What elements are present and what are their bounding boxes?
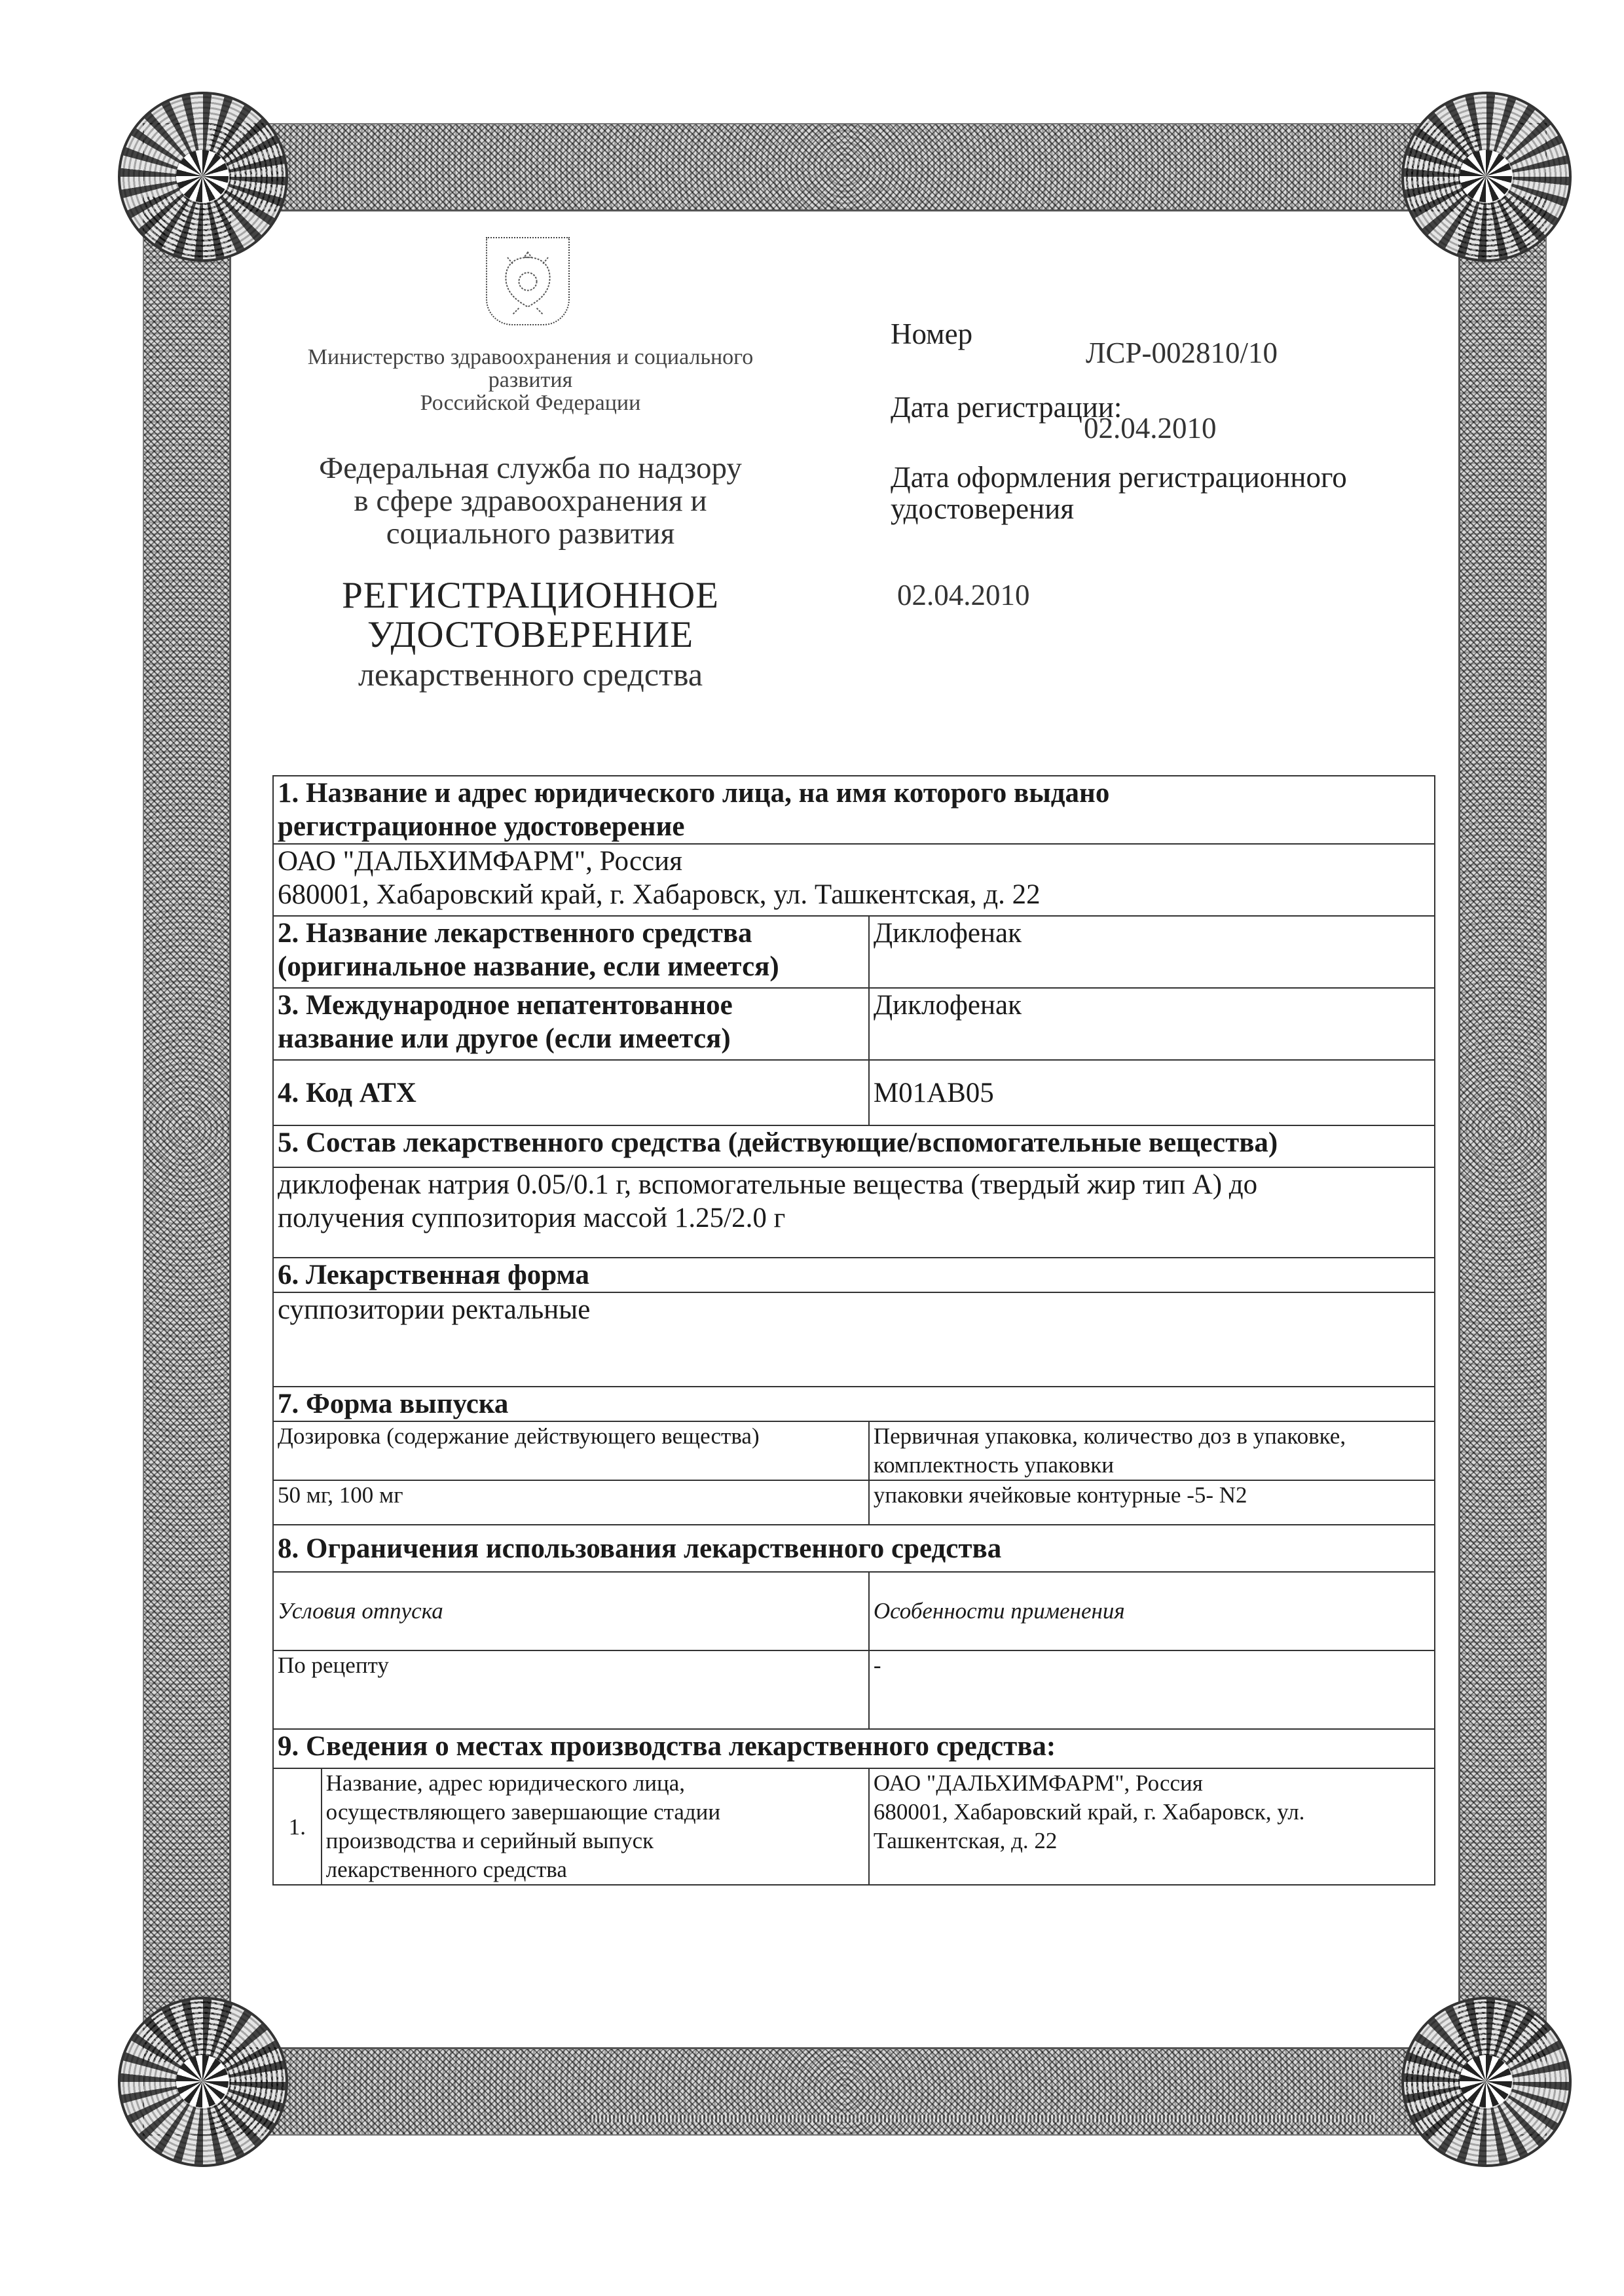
holder-address: 680001, Хабаровский край, г. Хабаровск, … [278,878,1430,911]
service-line: Федеральная служба по надзору [249,452,812,484]
manufacturer-value-line: 680001, Хабаровский край, г. Хабаровск, … [874,1798,1430,1827]
section-title: (оригинальное название, если имеется) [278,950,864,983]
section-7-values: 50 мг, 100 мг упаковки ячейковые контурн… [273,1480,1435,1525]
service-line: социального развития [249,517,812,550]
frame-band-top [210,124,1480,210]
section-title: 6. Лекарственная форма [273,1258,1435,1292]
dosage-value: 50 мг, 100 мг [273,1480,869,1525]
corner-rosette-icon [118,1997,288,2167]
section-4: 4. Код АТХ M01AB05 [273,1060,1435,1125]
section-8-col-headers: Условия отпуска Особенности применения [273,1572,1435,1650]
section-title: 1. Название и адрес юридического лица, н… [278,776,1430,810]
usage-notes-header: Особенности применения [869,1572,1435,1650]
number-label: Номер [891,318,972,350]
section-3: 3. Международное непатентованное названи… [273,988,1435,1060]
manufacturer-label-line: лекарственного средства [326,1855,864,1884]
section-9-header: 9. Сведения о местах производства лекарс… [273,1729,1435,1768]
section-5-header: 5. Состав лекарственного средства (дейст… [273,1125,1435,1167]
section-title: 4. Код АТХ [273,1060,869,1125]
dispensing-header: Условия отпуска [273,1572,869,1650]
holder-name: ОАО "ДАЛЬХИМФАРМ", Россия [278,845,1430,878]
russian-coat-of-arms-icon [486,237,570,325]
ministry-line: Министерство здравоохранения и социально… [249,346,812,369]
section-title: 3. Международное непатентованное [278,989,864,1022]
issue-date-label: Дата оформления регистрационного удостов… [891,462,1347,524]
section-1-header: 1. Название и адрес юридического лица, н… [273,776,1435,844]
dosage-form-value: суппозитории ректальные [273,1292,1435,1387]
manufacturer-value-line: Ташкентская, д. 22 [874,1827,1430,1855]
section-title: регистрационное удостоверение [278,810,1430,843]
section-title: 2. Название лекарственного средства [278,917,864,950]
manufacturer-value-line: ОАО "ДАЛЬХИМФАРМ", Россия [874,1769,1430,1798]
frame-band-right [1460,196,1545,2062]
issue-date-label-line: удостоверения [891,493,1347,524]
section-6-value: суппозитории ректальные [273,1292,1435,1387]
composition-line: получения суппозитория массой 1.25/2.0 г [278,1201,1430,1235]
issue-date-value: 02.04.2010 [897,579,1030,611]
service-line: в сфере здравоохранения и [249,484,812,517]
certificate-title: РЕГИСТРАЦИОННОЕ УДОСТОВЕРЕНИЕ [249,576,812,655]
section-9-row: 1. Название, адрес юридического лица, ос… [273,1768,1435,1885]
ministry-line: развития [249,369,812,392]
packaging-value: упаковки ячейковые контурные -5- N2 [869,1480,1435,1525]
packaging-header: Первичная упаковка, количество доз в упа… [874,1422,1430,1451]
manufacturer-label-line: осуществляющего завершающие стадии [326,1798,864,1827]
inn-value: Диклофенак [869,988,1435,1060]
corner-rosette-icon [118,92,288,262]
manufacturer-label-line: производства и серийный выпуск [326,1827,864,1855]
drug-name-value: Диклофенак [869,916,1435,988]
title-line: РЕГИСТРАЦИОННОЕ [249,576,812,615]
atc-code-value: M01AB05 [869,1060,1435,1125]
ministry-name: Министерство здравоохранения и социально… [249,346,812,414]
issue-date-label-line: Дата оформления регистрационного [891,462,1347,493]
number-value: ЛСР-002810/10 [1086,337,1278,369]
corner-rosette-icon [1401,92,1572,262]
dosage-header: Дозировка (содержание действующего вещес… [273,1421,869,1480]
corner-rosette-icon [1401,1997,1572,2167]
packaging-header: комплектность упаковки [874,1451,1430,1480]
section-title: 9. Сведения о местах производства лекарс… [273,1729,1435,1768]
section-5-value: диклофенак натрия 0.05/0.1 г, вспомогате… [273,1167,1435,1258]
registration-date-value: 02.04.2010 [1084,412,1217,444]
usage-notes-value: - [869,1650,1435,1729]
section-6-header: 6. Лекарственная форма [273,1258,1435,1292]
certificate-subtitle: лекарственного средства [249,657,812,692]
section-8-header: 8. Ограничения использования лекарственн… [273,1525,1435,1572]
row-number: 1. [273,1768,322,1885]
federal-service-name: Федеральная служба по надзору в сфере зд… [249,452,812,550]
microprint-strip [589,2115,1375,2123]
section-1-value: ОАО "ДАЛЬХИМФАРМ", Россия 680001, Хабаро… [273,844,1435,916]
section-8-values: По рецепту - [273,1650,1435,1729]
frame-band-left [144,196,229,2062]
ministry-line: Российской Федерации [249,392,812,414]
section-7-header: 7. Форма выпуска [273,1387,1435,1421]
section-7-col-headers: Дозировка (содержание действующего вещес… [273,1421,1435,1480]
section-title: 8. Ограничения использования лекарственн… [273,1525,1435,1572]
dispensing-value: По рецепту [273,1650,869,1729]
certificate-table: 1. Название и адрес юридического лица, н… [272,775,1435,1886]
composition-line: диклофенак натрия 0.05/0.1 г, вспомогате… [278,1168,1430,1201]
title-line: УДОСТОВЕРЕНИЕ [249,615,812,655]
section-title: название или другое (если имеется) [278,1022,864,1055]
section-2: 2. Название лекарственного средства (ори… [273,916,1435,988]
section-title: 7. Форма выпуска [273,1387,1435,1421]
manufacturer-label-line: Название, адрес юридического лица, [326,1769,864,1798]
section-title: 5. Состав лекарственного средства (дейст… [273,1125,1435,1167]
